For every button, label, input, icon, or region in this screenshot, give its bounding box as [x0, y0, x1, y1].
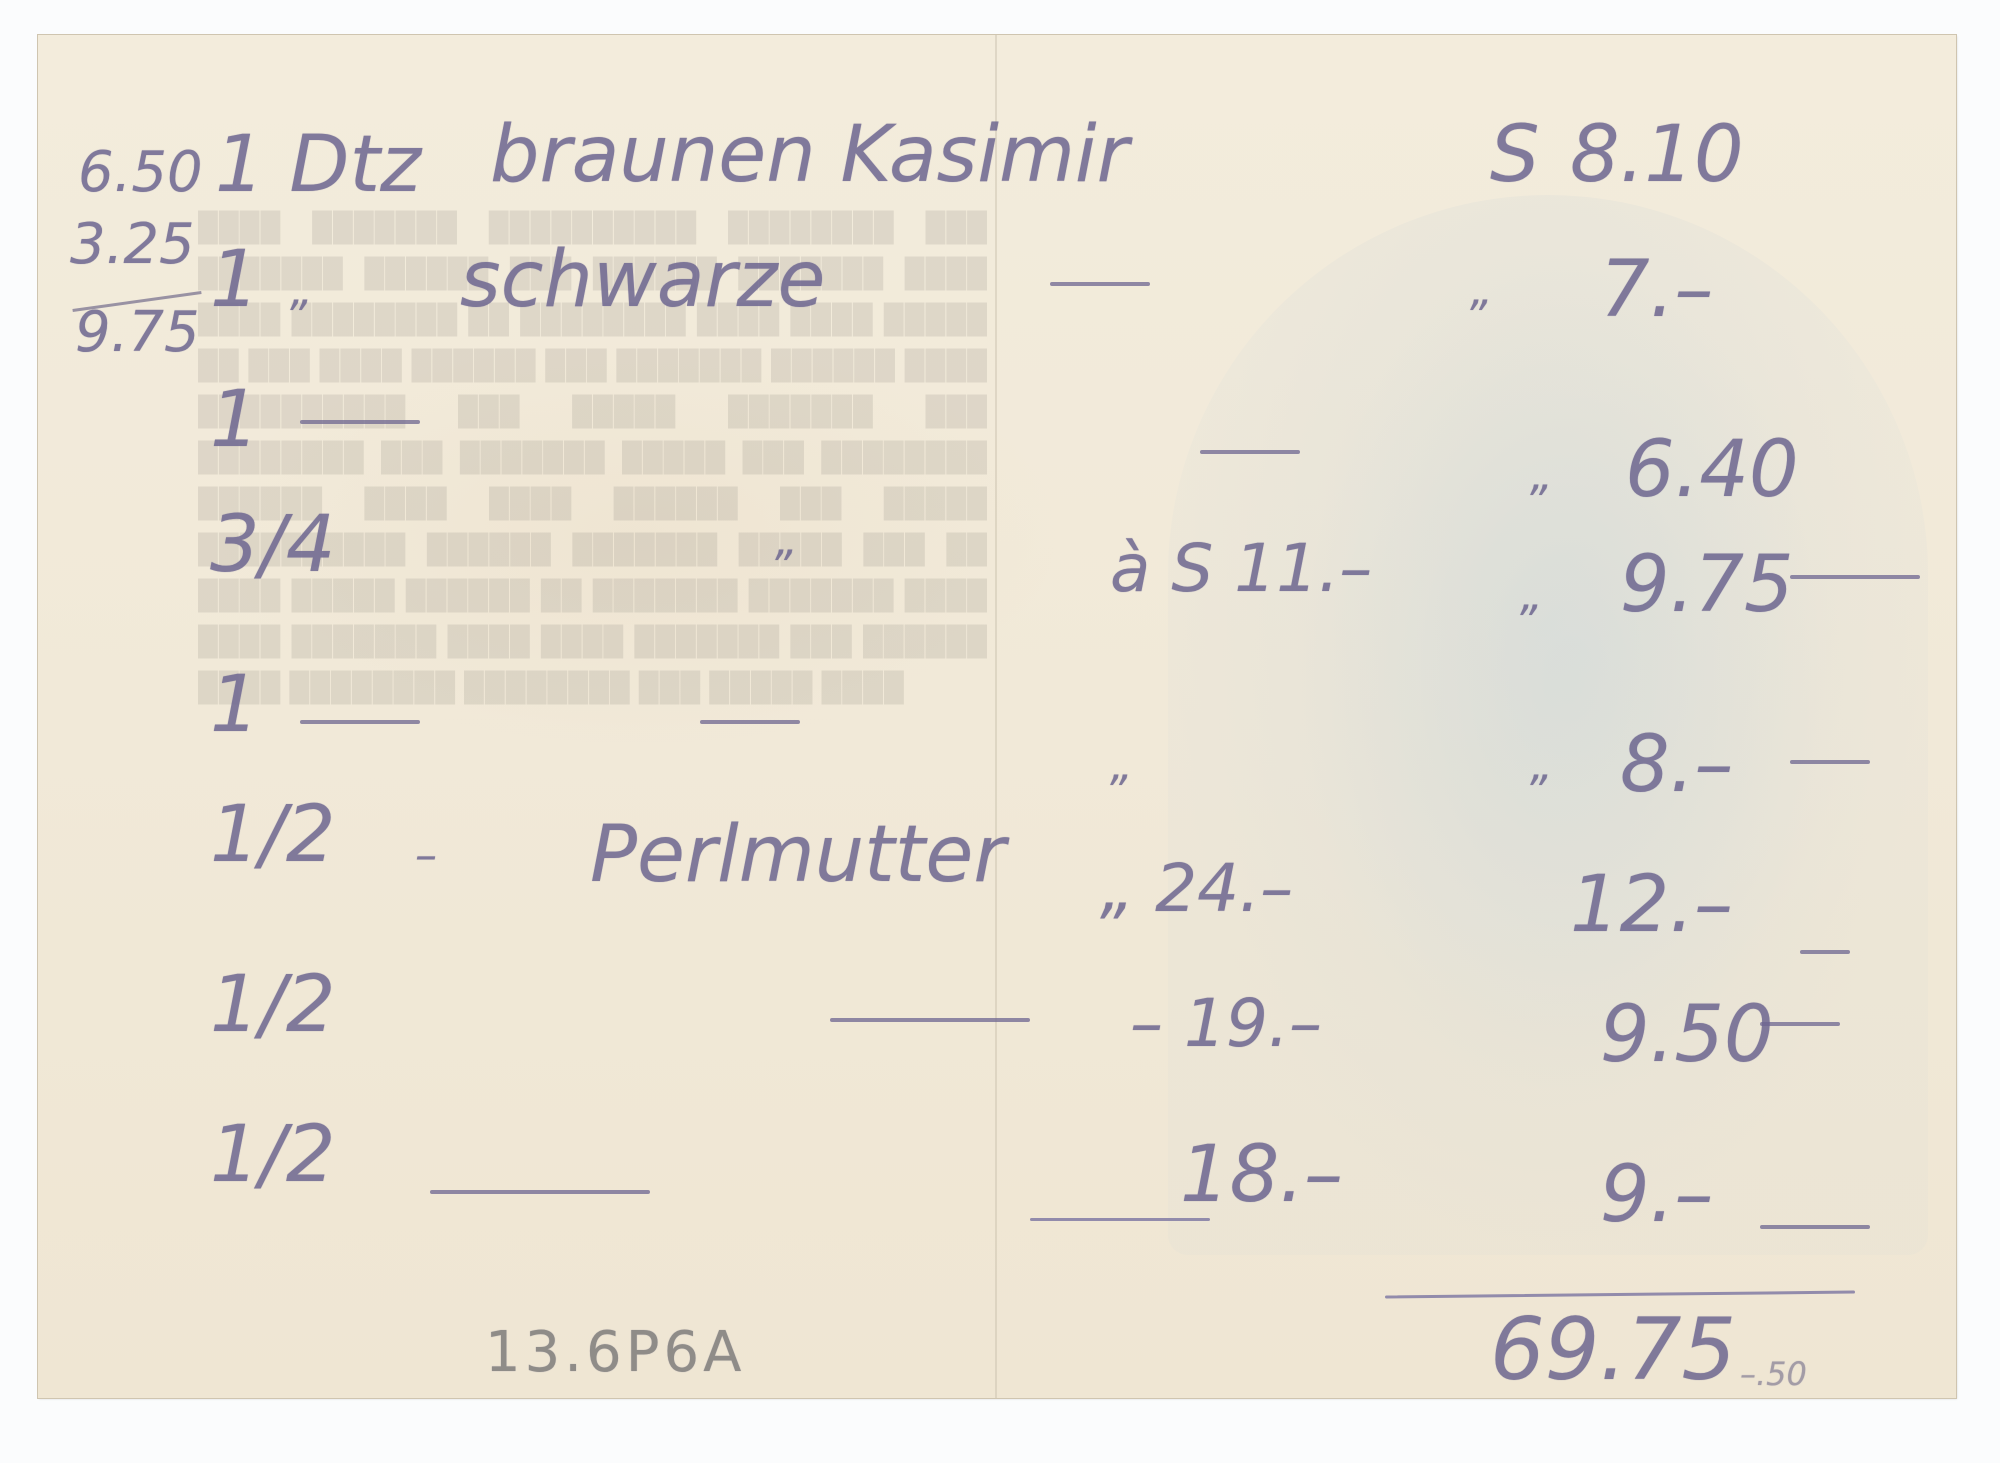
- row-1-description: schwarze: [460, 235, 826, 325]
- margin-note-line2: 3.25: [70, 212, 195, 277]
- row-5-description: Perlmutter: [590, 810, 1005, 900]
- row-1-dash: [1050, 282, 1150, 286]
- row-7-amount: 9.–: [1600, 1150, 1713, 1240]
- row-7-unit-price: 18.–: [1180, 1130, 1343, 1220]
- row-4-quantity: 1: [210, 660, 260, 750]
- row-5-amount: 12.–: [1570, 860, 1733, 950]
- row-4-dash: [1790, 760, 1870, 764]
- row-5-dash: [1800, 950, 1850, 954]
- row-1-amount: 7.–: [1600, 245, 1713, 335]
- row-1-quantity: 1: [210, 235, 260, 325]
- row-4-ditto-price: „: [1530, 740, 1553, 791]
- row-2-ditto-price: „: [1530, 450, 1553, 501]
- row-7-amount-dash: [1760, 1225, 1870, 1229]
- total-side-note: –.50: [1740, 1355, 1807, 1393]
- row-2-amount: 6.40: [1625, 425, 1799, 515]
- row-6-unit-price: – 19.–: [1130, 985, 1322, 1062]
- row-3-quantity: 3/4: [210, 500, 336, 590]
- row-7-dash: [430, 1190, 650, 1194]
- header-amount-prefix: S: [1490, 110, 1540, 200]
- row-6-dash: [830, 1018, 1030, 1022]
- row-6-quantity: 1/2: [210, 960, 336, 1050]
- reference-number: 13.6P6A: [485, 1320, 745, 1385]
- margin-note-line1: 6.50: [78, 140, 203, 205]
- row-6-amount: 9.50: [1600, 990, 1774, 1080]
- row-3-ditto-price: „: [1520, 570, 1543, 621]
- row-4-unit-price: „: [1110, 740, 1133, 791]
- row-7-quantity: 1/2: [210, 1110, 336, 1200]
- row-2-price-dash: [1200, 450, 1300, 454]
- header-description: braunen Kasimir: [490, 110, 1129, 200]
- row-2-quantity: 1: [210, 375, 260, 465]
- row-1-ditto-price: „: [1470, 265, 1493, 316]
- row-1-ditto: „: [290, 265, 313, 316]
- row-3-ditto: „: [775, 515, 798, 566]
- row-5-ditto: –: [415, 830, 437, 881]
- total-amount: 69.75: [1490, 1300, 1736, 1400]
- row-4-amount: 8.–: [1620, 720, 1733, 810]
- header-amount: 8.10: [1570, 110, 1744, 200]
- row-4-dash-a: [300, 720, 420, 724]
- row-5-quantity: 1/2: [210, 790, 336, 880]
- row-3-dash: [1790, 575, 1920, 579]
- row-2-dash: [300, 420, 420, 424]
- margin-note-line3: 9.75: [75, 300, 200, 365]
- printed-image-show-through: [1168, 195, 1928, 1255]
- row-6-amount-dash: [1760, 1022, 1840, 1026]
- row-4-dash-b: [700, 720, 800, 724]
- row-3-unit-price: à S 11.–: [1110, 530, 1372, 607]
- row-5-unit-price: „ 24.–: [1100, 850, 1293, 927]
- row-3-amount: 9.75: [1620, 540, 1794, 630]
- header-quantity: 1 Dtz: [215, 120, 421, 210]
